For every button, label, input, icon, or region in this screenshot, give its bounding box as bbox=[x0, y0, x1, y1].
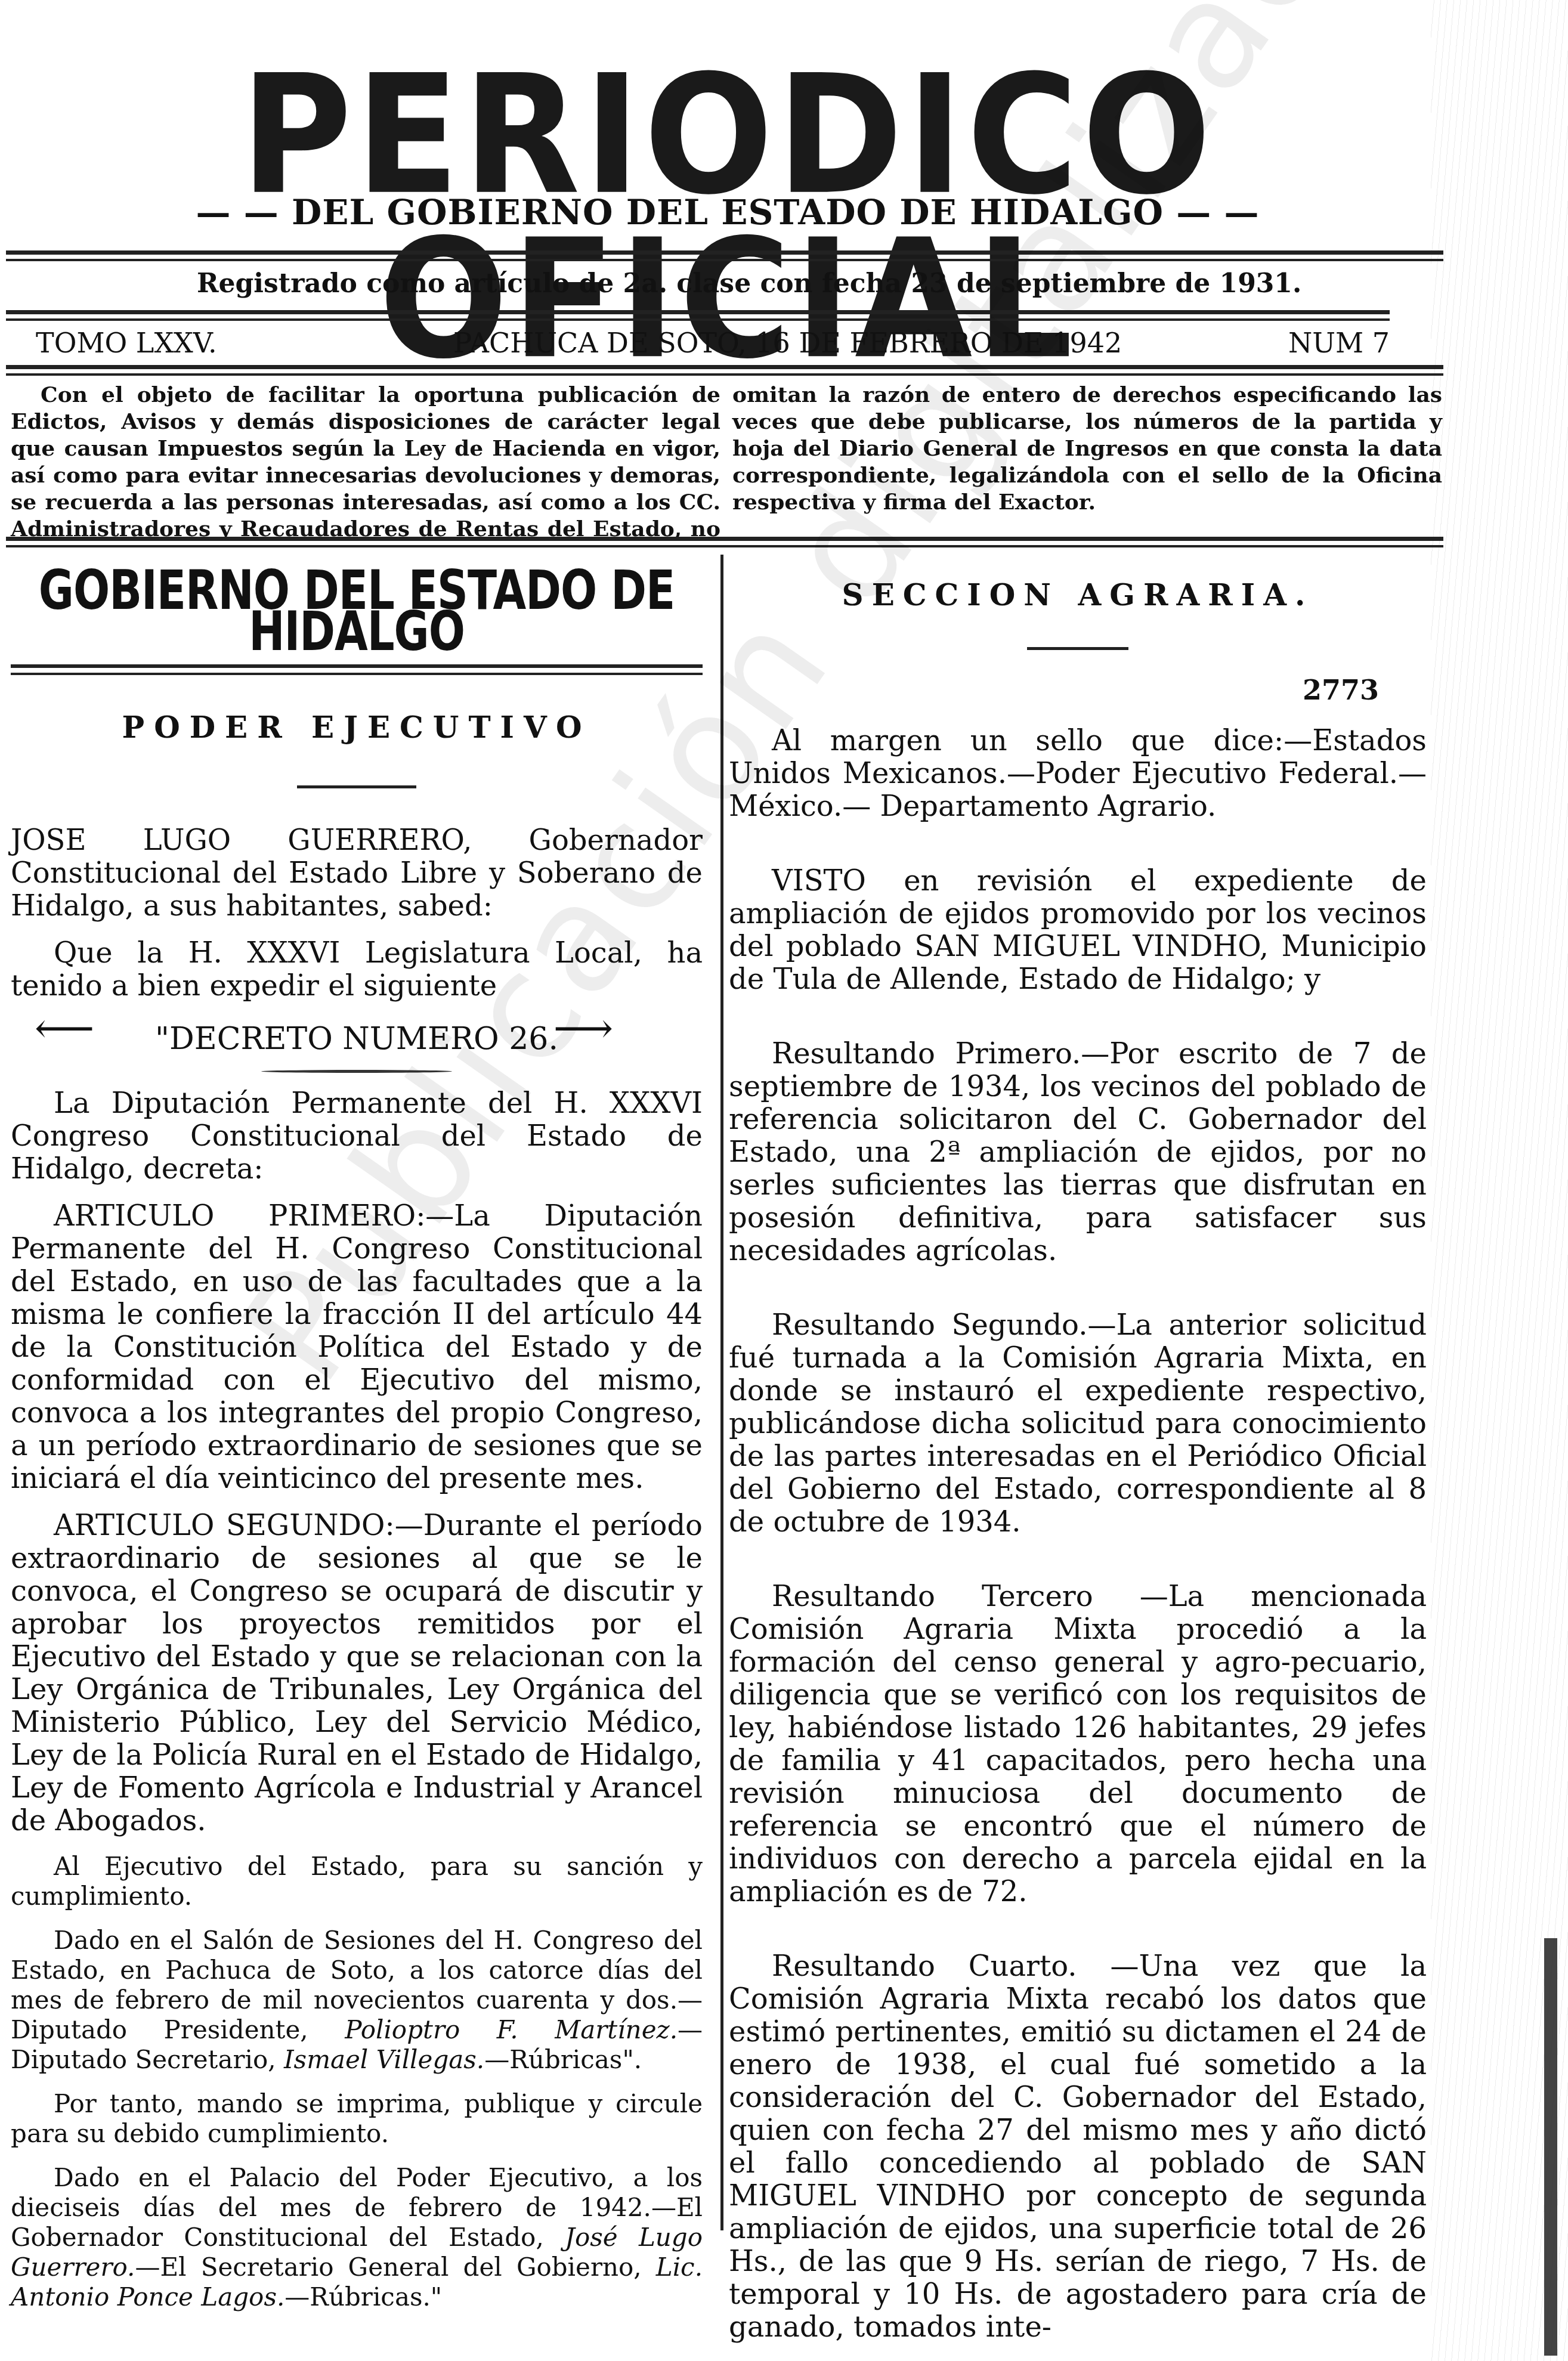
resultando-primero-text: —Por escrito de 7 de septiembre de 1934,… bbox=[729, 1037, 1427, 1267]
decree-title-block: ⟵ "DECRETO NUMERO 26. ⟶ bbox=[11, 1023, 703, 1056]
president-signature: Polioptro F. Martínez. bbox=[345, 2015, 678, 2044]
volume-label: TOMO LXXV. bbox=[36, 327, 217, 359]
secretary-signature: Ismael Villegas. bbox=[284, 2045, 484, 2074]
notice-rule bbox=[6, 537, 1443, 541]
resultando-cuarto-text: —Una vez que la Comisión Agraria Mixta r… bbox=[729, 1950, 1427, 2344]
article-second-label: ARTICULO SEGUNDO: bbox=[54, 1509, 395, 1542]
publication-notice: Con el objeto de facilitar la oportuna p… bbox=[11, 382, 1442, 543]
section-rule bbox=[297, 785, 416, 788]
registration-line: Registrado como artículo de 2a. clase co… bbox=[197, 268, 1301, 299]
resultando-tercero: Resultando Tercero —La mencionada Comisi… bbox=[729, 1580, 1427, 1908]
given-palace-paragraph: Dado en el Palacio del Poder Ejecutivo, … bbox=[11, 2163, 703, 2312]
executive-power-heading: PODER EJECUTIVO bbox=[11, 711, 703, 744]
masthead-rule-top bbox=[6, 250, 1443, 255]
sanction-paragraph: Al Ejecutivo del Estado, para su sanción… bbox=[11, 1852, 703, 1911]
page-number: 2773 bbox=[729, 674, 1379, 707]
arrow-left-icon: ⟵ bbox=[35, 1012, 94, 1045]
given-palace-text-2: —El Secretario General del Gobierno, bbox=[135, 2252, 655, 2282]
given-congress-paragraph: Dado en el Salón de Sesiones del H. Cong… bbox=[11, 1926, 703, 2075]
resultando-segundo-label: Resultando Segundo. bbox=[772, 1308, 1087, 1342]
government-heading: GOBIERNO DEL ESTADO DE HIDALGO bbox=[11, 570, 703, 652]
article-first-text: —La Diputación Permanente del H. Congres… bbox=[11, 1199, 703, 1495]
resultando-segundo: Resultando Segundo.—La anterior solicitu… bbox=[729, 1309, 1427, 1539]
resultando-segundo-text: —La anterior solicitud fué turnada a la … bbox=[729, 1308, 1427, 1539]
article-first: ARTICULO PRIMERO:—La Diputación Permanen… bbox=[11, 1200, 703, 1495]
visto-paragraph: VISTO en revisión el expediente de ampli… bbox=[729, 865, 1427, 996]
issue-rule bbox=[6, 365, 1443, 369]
newspaper-page: PERIODICO OFICIAL — — DEL GOBIERNO DEL E… bbox=[0, 0, 1568, 2361]
decree-title: "DECRETO NUMERO 26. bbox=[155, 1021, 558, 1057]
scan-edge-bar bbox=[1544, 1938, 1557, 2356]
resultando-primero-label: Resultando Primero. bbox=[772, 1037, 1081, 1070]
handwritten-underline bbox=[261, 1070, 452, 1073]
order-paragraph: Por tanto, mando se imprima, publique y … bbox=[11, 2089, 703, 2149]
column-divider bbox=[720, 555, 723, 2230]
governor-intro: JOSE LUGO GUERRERO, Gobernador Constituc… bbox=[11, 824, 703, 923]
right-column: SECCION AGRARIA. 2773 Al margen un sello… bbox=[729, 555, 1427, 2358]
left-column: GOBIERNO DEL ESTADO DE HIDALGO PODER EJE… bbox=[11, 555, 703, 2326]
resultando-cuarto-label: Resultando Cuarto. bbox=[772, 1950, 1077, 1983]
notice-text: Con el objeto de facilitar la oportuna p… bbox=[11, 382, 1442, 543]
decree-preamble: La Diputación Permanente del H. XXXVI Co… bbox=[11, 1087, 703, 1186]
article-first-label: ARTICULO PRIMERO: bbox=[54, 1199, 425, 1233]
seal-paragraph: Al margen un sello que dice:—Estados Uni… bbox=[729, 725, 1427, 823]
arrow-right-icon: ⟶ bbox=[553, 1012, 613, 1045]
agrarian-section-heading: SECCION AGRARIA. bbox=[729, 578, 1427, 611]
article-second-text: —Durante el período extraordinario de se… bbox=[11, 1509, 703, 1837]
issue-number: NUM 7 bbox=[1288, 327, 1390, 359]
place-date: PACHUCA DE SOTO, 16 DE FEBRERO DE 1942 bbox=[453, 327, 1122, 359]
resultando-tercero-label: Resultando Tercero bbox=[772, 1580, 1093, 1613]
resultando-cuarto: Resultando Cuarto. —Una vez que la Comis… bbox=[729, 1950, 1427, 2344]
resultando-tercero-text: —La mencionada Comisión Agraria Mixta pr… bbox=[729, 1580, 1427, 1908]
given-palace-text-3: —Rúbricas." bbox=[284, 2282, 442, 2312]
agrarian-section-rule bbox=[1027, 647, 1128, 650]
masthead-rule-bottom bbox=[6, 310, 1390, 314]
given-congress-text-3: —Rúbricas". bbox=[484, 2045, 642, 2074]
article-second: ARTICULO SEGUNDO:—Durante el período ext… bbox=[11, 1509, 703, 1837]
masthead-subtitle: — — DEL GOBIERNO DEL ESTADO DE HIDALGO —… bbox=[0, 192, 1455, 233]
government-heading-rule bbox=[11, 664, 703, 675]
resultando-primero: Resultando Primero.—Por escrito de 7 de … bbox=[729, 1038, 1427, 1267]
legislature-statement: Que la H. XXXVI Legislatura Local, ha te… bbox=[11, 937, 703, 1002]
